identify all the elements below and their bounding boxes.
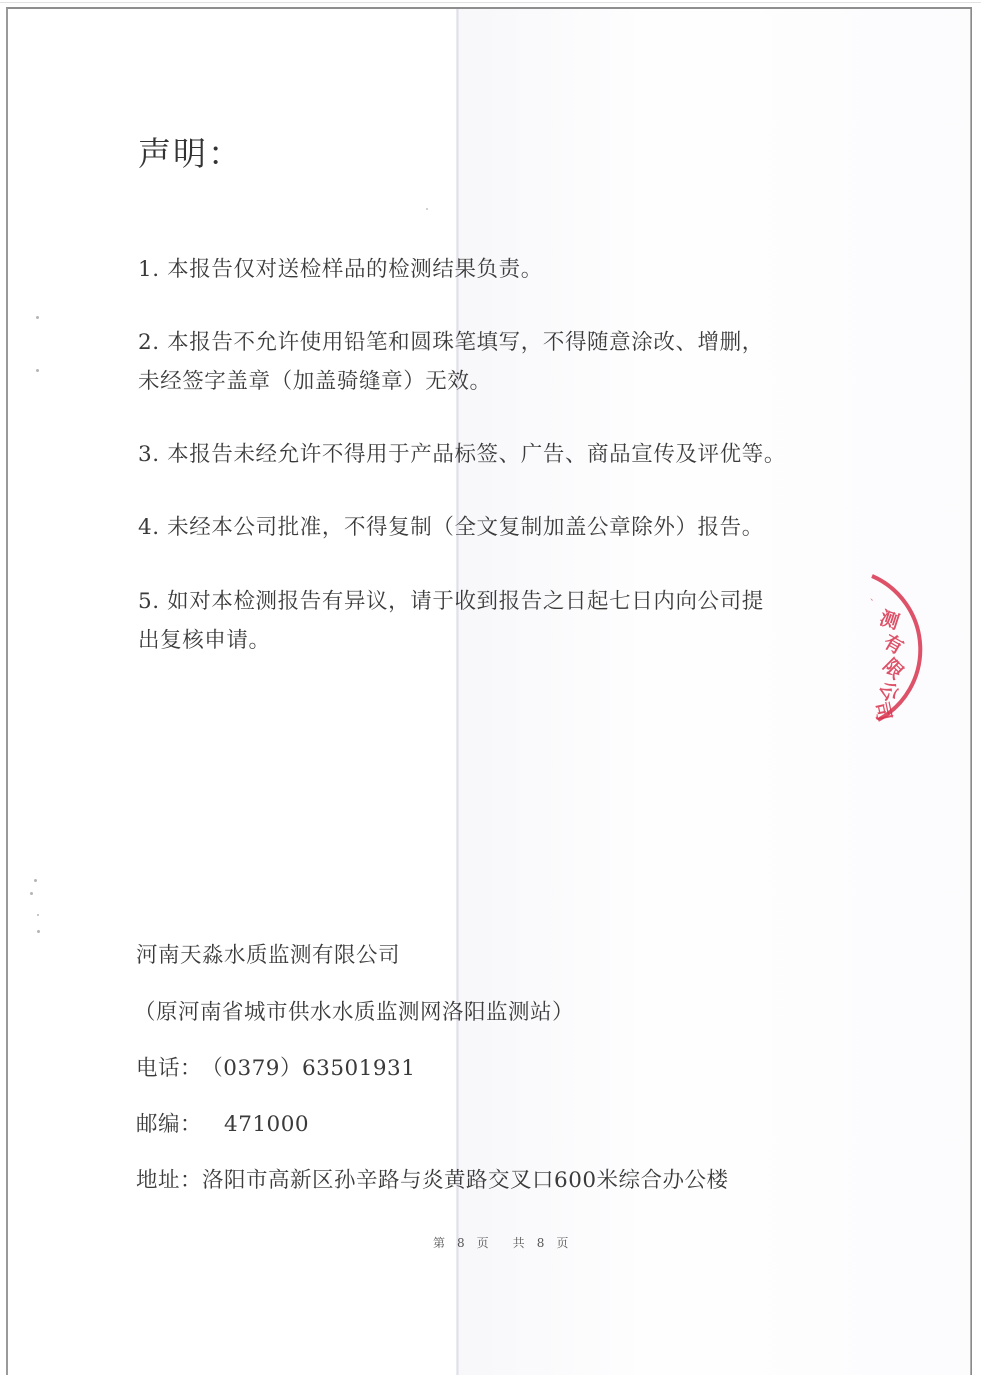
declaration-title: 声明：: [138, 128, 243, 175]
scan-speck: [37, 914, 39, 916]
address-label: 地址：: [136, 1168, 202, 1193]
clause-4: 4. 未经本公司批准，不得复制（全文复制加盖公章除外）报告。: [138, 508, 858, 547]
company-former-name: （原河南省城市供水水质监测网洛阳监测站）: [134, 995, 574, 1026]
postcode-label: 邮编：: [136, 1112, 202, 1137]
clause-line: 出复核申请。: [138, 621, 858, 660]
clause-line: 3. 本报告未经允许不得用于产品标签、广告、商品宣传及评优等。: [138, 435, 858, 474]
svg-text:测: 测: [877, 607, 902, 634]
clause-1: 1. 本报告仅对送检样品的检测结果负责。: [138, 250, 858, 289]
clause-line: 1. 本报告仅对送检样品的检测结果负责。: [138, 250, 858, 289]
scan-edge-line: [0, 2, 981, 3]
scan-speck: [426, 208, 428, 210]
scan-speck: [34, 879, 37, 882]
scan-speck: [36, 316, 39, 319]
svg-text:司: 司: [870, 700, 895, 723]
clause-3: 3. 本报告未经允许不得用于产品标签、广告、商品宣传及评优等。: [138, 435, 858, 474]
phone-value: （0379）63501931: [212, 1056, 415, 1081]
clause-line: 4. 未经本公司批准，不得复制（全文复制加盖公章除外）报告。: [138, 508, 858, 547]
company-address: 地址：洛阳市高新区孙辛路与炎黄路交叉口600米综合办公楼: [136, 1163, 729, 1194]
page-prefix: 第: [433, 1236, 445, 1250]
phone-label: 电话：: [136, 1056, 202, 1081]
seal-arc-icon: 、 测 有 限 公 司: [860, 570, 930, 730]
company-postcode: 邮编：471000: [136, 1107, 309, 1138]
svg-text:、: 、: [870, 593, 879, 603]
total-prefix: 共: [513, 1236, 525, 1250]
scan-speck: [30, 892, 33, 895]
page-current: 8: [457, 1236, 465, 1250]
company-name: 河南天淼水质监测有限公司: [136, 938, 400, 969]
clause-line: 5. 如对本检测报告有异议，请于收到报告之日起七日内向公司提: [138, 582, 858, 621]
address-value: 洛阳市高新区孙辛路与炎黄路交叉口600米综合办公楼: [202, 1168, 729, 1193]
page-total: 8: [537, 1236, 545, 1250]
clause-line: 未经签字盖章（加盖骑缝章）无效。: [138, 362, 858, 401]
clause-line: 2. 本报告不允许使用铅笔和圆珠笔填写，不得随意涂改、增删，: [138, 323, 858, 362]
scan-speck: [37, 930, 40, 933]
company-phone: 电话：（0379）63501931: [136, 1051, 415, 1082]
total-unit: 页: [556, 1236, 568, 1250]
page-unit: 页: [477, 1236, 489, 1250]
clause-2: 2. 本报告不允许使用铅笔和圆珠笔填写，不得随意涂改、增删， 未经签字盖章（加盖…: [138, 323, 858, 401]
page-number: 第8页共8页: [433, 1234, 580, 1251]
company-seal: 、 测 有 限 公 司: [860, 570, 930, 730]
clause-5: 5. 如对本检测报告有异议，请于收到报告之日起七日内向公司提 出复核申请。: [138, 582, 858, 660]
postcode-value: 471000: [224, 1112, 309, 1137]
scan-speck: [36, 369, 39, 372]
